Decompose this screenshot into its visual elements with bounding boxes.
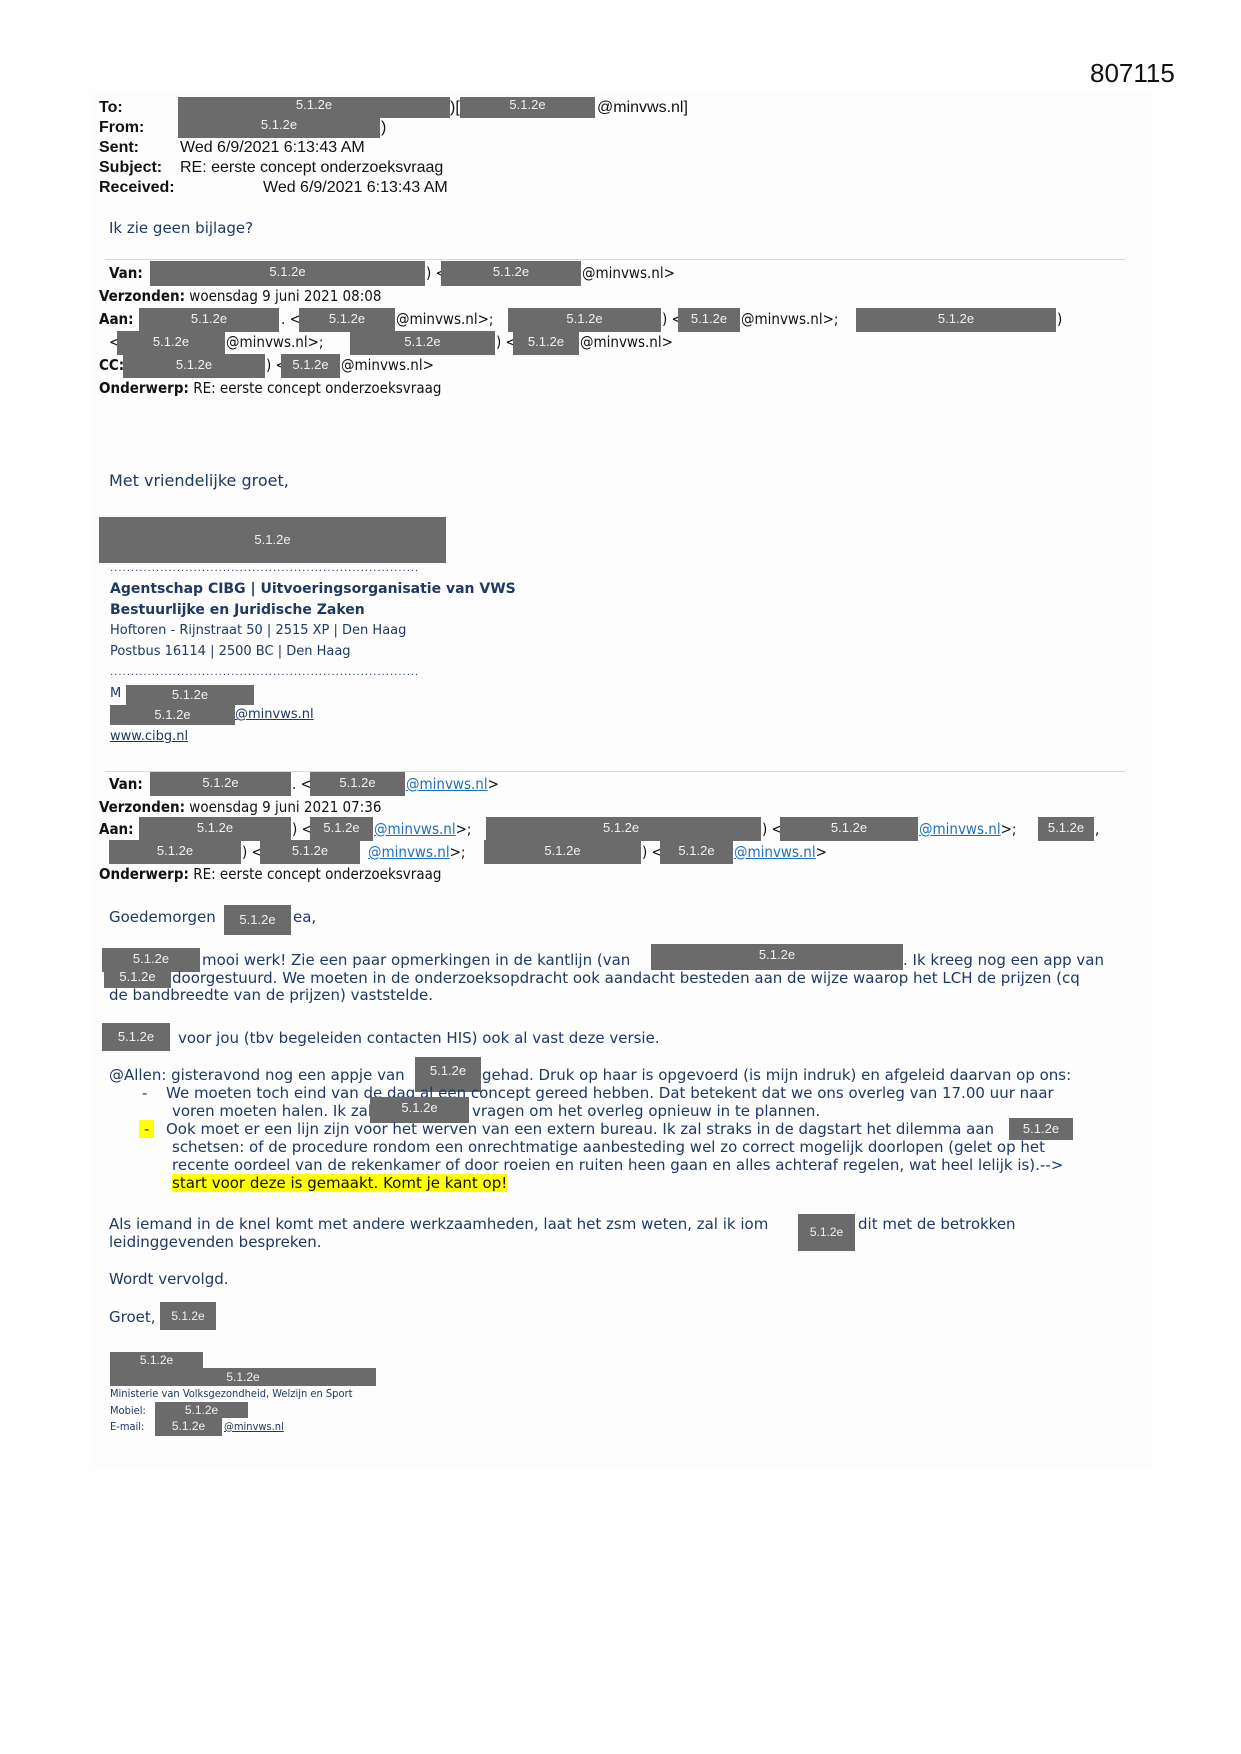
redaction: 5.1.2e: [508, 308, 661, 332]
subject-value: RE: eerste concept onderzoeksvraag: [180, 158, 443, 178]
separator: >: [488, 775, 499, 793]
redaction: 5.1.2e: [150, 772, 291, 796]
signature-email-link[interactable]: @minvws.nl: [235, 707, 314, 722]
signature-address-2: Postbus 16114 | 2500 BC | Den Haag: [110, 644, 351, 659]
verzonden-label: Verzonden:: [99, 287, 185, 305]
redaction: 5.1.2e: [109, 840, 241, 864]
email-link[interactable]: @minvws.nl: [368, 843, 450, 861]
aan-label: Aan:: [99, 820, 134, 838]
bullet-1-b: voren moeten halen. Ik zal: [172, 1102, 372, 1120]
sent-value: Wed 6/9/2021 6:13:43 AM: [180, 138, 365, 158]
redaction: 5.1.2e: [123, 354, 265, 378]
redaction: 5.1.2e: [110, 705, 235, 725]
greeting-post: ea,: [293, 908, 316, 926]
redaction: 5.1.2e: [460, 97, 595, 118]
bullet-2-c: recente oordeel van de rekenkamer of doo…: [172, 1156, 1063, 1174]
onderwerp-label: Onderwerp:: [99, 865, 189, 883]
dotted-divider: ........................................…: [110, 563, 440, 574]
separator: ,: [1095, 818, 1099, 840]
onderwerp-value: RE: eerste concept onderzoeksvraag: [193, 379, 441, 397]
p3-a: Als iemand in de knel komt met andere we…: [109, 1215, 768, 1233]
redaction: 5.1.2e: [150, 261, 425, 286]
redaction: 5.1.2e: [651, 944, 903, 970]
redaction: 5.1.2e: [484, 840, 641, 864]
separator: >;: [450, 843, 466, 861]
email-link[interactable]: @minvws.nl: [374, 820, 456, 838]
separator: >;: [1001, 820, 1017, 838]
separator: >: [816, 843, 827, 861]
dotted-divider: ........................................…: [110, 667, 440, 678]
p1-b: . Ik kreeg nog een app van: [903, 951, 1104, 969]
van-email-domain: @minvws.nl>: [582, 262, 675, 284]
redaction-name-block: 5.1.2e: [99, 517, 446, 563]
redaction: 5.1.2e: [155, 1418, 222, 1436]
bullet-2-a: Ook moet er een lijn zijn voor het werve…: [166, 1120, 994, 1138]
redaction: 5.1.2e: [126, 685, 254, 705]
email-link[interactable]: @minvws.nl: [224, 1420, 284, 1433]
separator: . <: [292, 773, 312, 795]
p1-d: de bandbreedte van de prijzen) vaststeld…: [109, 986, 433, 1004]
bullet-2-d-highlighted: start voor deze is gemaakt. Komt je kant…: [172, 1174, 507, 1192]
redaction: 5.1.2e: [660, 840, 733, 864]
website-link[interactable]: www.cibg.nl: [110, 729, 188, 744]
divider: [105, 259, 1125, 260]
subject-label: Subject:: [99, 159, 162, 176]
redaction: 5.1.2e: [678, 308, 740, 332]
email-domain: @minvws.nl>: [341, 354, 434, 376]
cc-label: CC:: [99, 356, 124, 374]
to-separator: )[: [450, 98, 460, 118]
bullet-1-marker: -: [142, 1084, 147, 1102]
verzonden-value: woensdag 9 juni 2021 08:08: [189, 287, 381, 305]
separator: . <: [281, 308, 301, 330]
p2: voor jou (tbv begeleiden contacten HIS) …: [178, 1029, 660, 1047]
greeting: Met vriendelijke groet,: [109, 472, 289, 490]
redaction: 5.1.2e: [1009, 1118, 1073, 1140]
redaction: 5.1.2e: [178, 117, 380, 138]
redaction: 5.1.2e: [856, 308, 1056, 332]
signature-address-1: Hoftoren - Rijnstraat 50 | 2515 XP | Den…: [110, 623, 406, 638]
redaction: 5.1.2e: [139, 308, 279, 332]
to-email-domain: @minvws.nl]: [597, 98, 688, 118]
redaction: 5.1.2e: [780, 817, 918, 841]
allen-b: gehad. Druk op haar is opgevoerd (is mij…: [482, 1066, 1071, 1084]
redaction: 5.1.2e: [798, 1214, 855, 1251]
email-domain: @minvws.nl>;: [226, 331, 323, 353]
reply-body: Ik zie geen bijlage?: [109, 219, 253, 237]
signature-org: Agentschap CIBG | Uitvoeringsorganisatie…: [110, 581, 516, 597]
verzonden-value: woensdag 9 juni 2021 07:36: [189, 798, 381, 816]
email-label: E-mail:: [110, 1420, 144, 1433]
redaction: 5.1.2e: [178, 97, 450, 118]
bullet-2-b: schetsen: of de procedure rondom een onr…: [172, 1138, 1045, 1156]
p1-c: doorgestuurd. We moeten in de onderzoeks…: [172, 969, 1080, 987]
email-link[interactable]: @minvws.nl: [919, 820, 1001, 838]
redaction: 5.1.2e: [104, 966, 171, 988]
redaction: 5.1.2e: [1038, 817, 1094, 841]
p3-b: dit met de betrokken: [858, 1215, 1016, 1233]
redaction: 5.1.2e: [513, 331, 579, 355]
verzonden-label: Verzonden:: [99, 798, 185, 816]
redaction: 5.1.2e: [102, 1023, 170, 1051]
closing: Groet,: [109, 1308, 156, 1326]
sent-label: Sent:: [99, 139, 139, 156]
email-domain: @minvws.nl>;: [396, 308, 493, 330]
from-separator: ): [381, 118, 386, 138]
van-label: Van:: [109, 775, 143, 793]
received-value: Wed 6/9/2021 6:13:43 AM: [263, 178, 448, 198]
greeting-pre: Goedemorgen: [109, 908, 216, 926]
redaction: 5.1.2e: [260, 840, 360, 864]
redaction: 5.1.2e: [117, 331, 225, 355]
from-label: From:: [99, 119, 144, 136]
redaction: 5.1.2e: [224, 905, 291, 935]
mobiel-label: Mobiel:: [110, 1404, 146, 1417]
email-domain: @minvws.nl>;: [741, 308, 838, 330]
van-label: Van:: [109, 264, 143, 282]
bullet-1-c: vragen om het overleg opnieuw in te plan…: [472, 1102, 820, 1120]
redaction: 5.1.2e: [110, 1368, 376, 1386]
redaction: 5.1.2e: [350, 331, 495, 355]
redaction: 5.1.2e: [299, 308, 395, 332]
signature-m-label: M: [110, 686, 121, 701]
van-email-link[interactable]: @minvws.nl: [406, 775, 488, 793]
redaction: 5.1.2e: [441, 261, 581, 286]
p4: Wordt vervolgd.: [109, 1270, 229, 1288]
redaction: 5.1.2e: [310, 817, 373, 841]
email-domain: @minvws.nl>: [580, 331, 673, 353]
to-label: To:: [99, 99, 123, 116]
onderwerp-value: RE: eerste concept onderzoeksvraag: [193, 865, 441, 883]
p1-a: mooi werk! Zie een paar opmerkingen in d…: [202, 951, 630, 969]
ministry-name: Ministerie van Volksgezondheid, Welzijn …: [110, 1387, 352, 1400]
redaction: 5.1.2e: [310, 772, 405, 796]
bullet-1-a: We moeten toch eind van de dag al een co…: [166, 1084, 1054, 1102]
redaction: 5.1.2e: [160, 1302, 216, 1330]
redaction: 5.1.2e: [281, 354, 340, 378]
redaction: 5.1.2e: [139, 817, 291, 841]
bullet-2-marker: -: [139, 1120, 154, 1138]
separator: >;: [456, 820, 472, 838]
allen-a: @Allen: gisteravond nog een appje van: [109, 1066, 405, 1084]
p3-c: leidinggevenden bespreken.: [109, 1233, 321, 1251]
aan-label: Aan:: [99, 310, 134, 328]
signature-dept: Bestuurlijke en Juridische Zaken: [110, 602, 365, 618]
separator: ): [1057, 308, 1062, 330]
redaction: 5.1.2e: [155, 1402, 248, 1418]
redaction: 5.1.2e: [486, 817, 761, 841]
document-number: 807115: [1090, 58, 1175, 89]
onderwerp-label: Onderwerp:: [99, 379, 189, 397]
received-label: Received:: [99, 179, 175, 196]
email-link[interactable]: @minvws.nl: [734, 843, 816, 861]
